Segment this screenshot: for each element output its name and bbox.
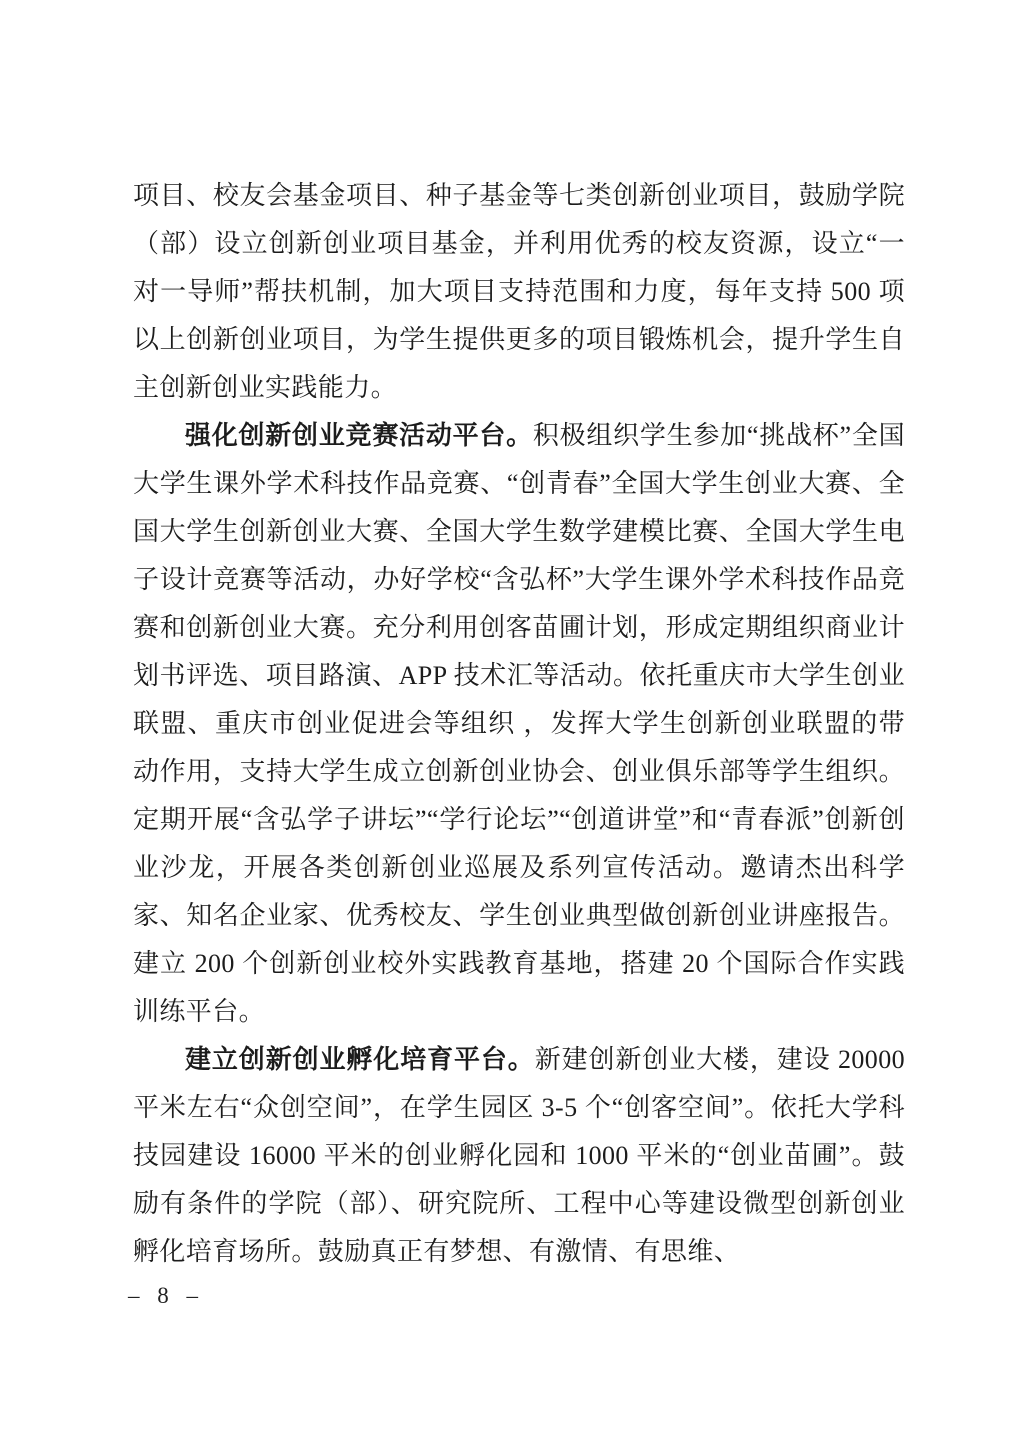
paragraph-continued: 项目、校友会基金项目、种子基金等七类创新创业项目，鼓励学院（部）设立创新创业项目… xyxy=(133,172,905,412)
paragraph-lead: 强化创新创业竞赛活动平台。 xyxy=(185,421,533,450)
paragraph-incubation-platform: 建立创新创业孵化培育平台。新建创新创业大楼，建设 20000 平米左右“众创空间… xyxy=(133,1036,905,1276)
paragraph-text: 积极组织学生参加“挑战杯”全国大学生课外学术科技作品竞赛、“创青春”全国大学生创… xyxy=(133,421,905,1026)
document-page: 项目、校友会基金项目、种子基金等七类创新创业项目，鼓励学院（部）设立创新创业项目… xyxy=(0,0,1024,1447)
paragraph-competition-platform: 强化创新创业竞赛活动平台。积极组织学生参加“挑战杯”全国大学生课外学术科技作品竞… xyxy=(133,412,905,1036)
paragraph-text: 项目、校友会基金项目、种子基金等七类创新创业项目，鼓励学院（部）设立创新创业项目… xyxy=(133,181,905,402)
paragraph-lead: 建立创新创业孵化培育平台。 xyxy=(185,1045,535,1074)
document-body: 项目、校友会基金项目、种子基金等七类创新创业项目，鼓励学院（部）设立创新创业项目… xyxy=(133,172,905,1276)
page-number: – 8 – xyxy=(128,1283,204,1309)
paragraph-text: 新建创新创业大楼，建设 20000 平米左右“众创空间”，在学生园区 3-5 个… xyxy=(133,1045,905,1266)
